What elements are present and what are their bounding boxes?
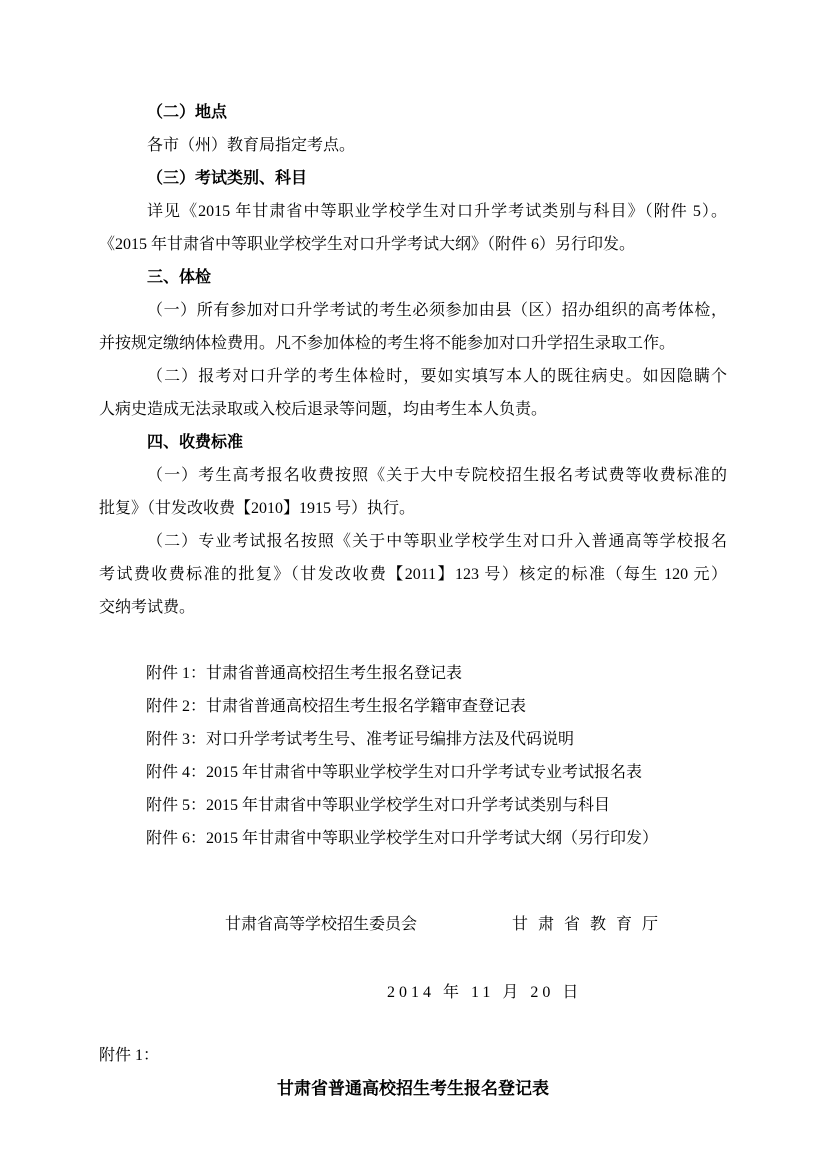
attachment-1-title: 甘肃省普通高校招生考生报名登记表 (99, 1072, 727, 1105)
attachment-list: 附件 1：甘肃省普通高校招生考生报名登记表 附件 2：甘肃省普通高校招生考生报名… (99, 657, 727, 855)
issuer-admissions-committee: 甘肃省高等学校招生委员会 (225, 916, 417, 933)
section-heading-fees: 四、收费标准 (99, 426, 727, 459)
issue-date: 2014 年 11 月 20 日 (99, 976, 727, 1009)
attachment-item: 附件 4：2015 年甘肃省中等职业学校学生对口升学考试专业考试报名表 (99, 756, 727, 789)
attachment-item: 附件 2：甘肃省普通高校招生考生报名学籍审查登记表 (99, 690, 727, 723)
paragraph-line: 批复》（甘发改收费【2010】1915 号）执行。 (99, 492, 727, 525)
attachment-item: 附件 1：甘肃省普通高校招生考生报名登记表 (99, 657, 727, 690)
document-page: （二）地点 各市（州）教育局指定考点。 （三）考试类别、科目 详见《2015 年… (0, 0, 826, 1169)
paragraph-line: 人病史造成无法录取或入校后退录等问题，均由考生本人负责。 (99, 393, 727, 426)
footer-attachment-label: 附件 1： (99, 1039, 727, 1072)
section-heading-physical-exam: 三、体检 (99, 261, 727, 294)
issuer-education-department: 甘肃省教育厅 (512, 916, 668, 933)
paragraph-line: （二）报考对口升学的考生体检时，要如实填写本人的既往病史。如因隐瞒个 (99, 360, 727, 393)
signature-line: 甘肃省高等学校招生委员会甘肃省教育厅 (99, 908, 727, 941)
attachment-item: 附件 3：对口升学考试考生号、准考证号编排方法及代码说明 (99, 723, 727, 756)
paragraph-line: 各市（州）教育局指定考点。 (99, 129, 727, 162)
paragraph-line: 《2015 年甘肃省中等职业学校学生对口升学考试大纲》（附件 6）另行印发。 (99, 228, 727, 261)
paragraph-line: （二）专业考试报名按照《关于中等职业学校学生对口升入普通高等学校报名 (99, 525, 727, 558)
section-heading-exam-categories: （三）考试类别、科目 (99, 162, 727, 195)
paragraph-line: （一）考生高考报名收费按照《关于大中专院校招生报名考试费等收费标准的 (99, 459, 727, 492)
paragraph-line: 并按规定缴纳体检费用。凡不参加体检的考生将不能参加对口升学招生录取工作。 (99, 327, 727, 360)
blank-line (99, 624, 727, 657)
paragraph-line: 考试费收费标准的批复》（甘发改收费【2011】123 号）核定的标准（每生 12… (99, 558, 727, 591)
attachment-item: 附件 6：2015 年甘肃省中等职业学校学生对口升学考试大纲（另行印发） (99, 822, 727, 855)
section-heading-location: （二）地点 (99, 96, 727, 129)
paragraph-line: 详见《2015 年甘肃省中等职业学校学生对口升学考试类别与科目》（附件 5）。 (99, 195, 727, 228)
attachment-item: 附件 5：2015 年甘肃省中等职业学校学生对口升学考试类别与科目 (99, 789, 727, 822)
paragraph-line: （一）所有参加对口升学考试的考生必须参加由县（区）招办组织的高考体检， (99, 294, 727, 327)
paragraph-line: 交纳考试费。 (99, 591, 727, 624)
